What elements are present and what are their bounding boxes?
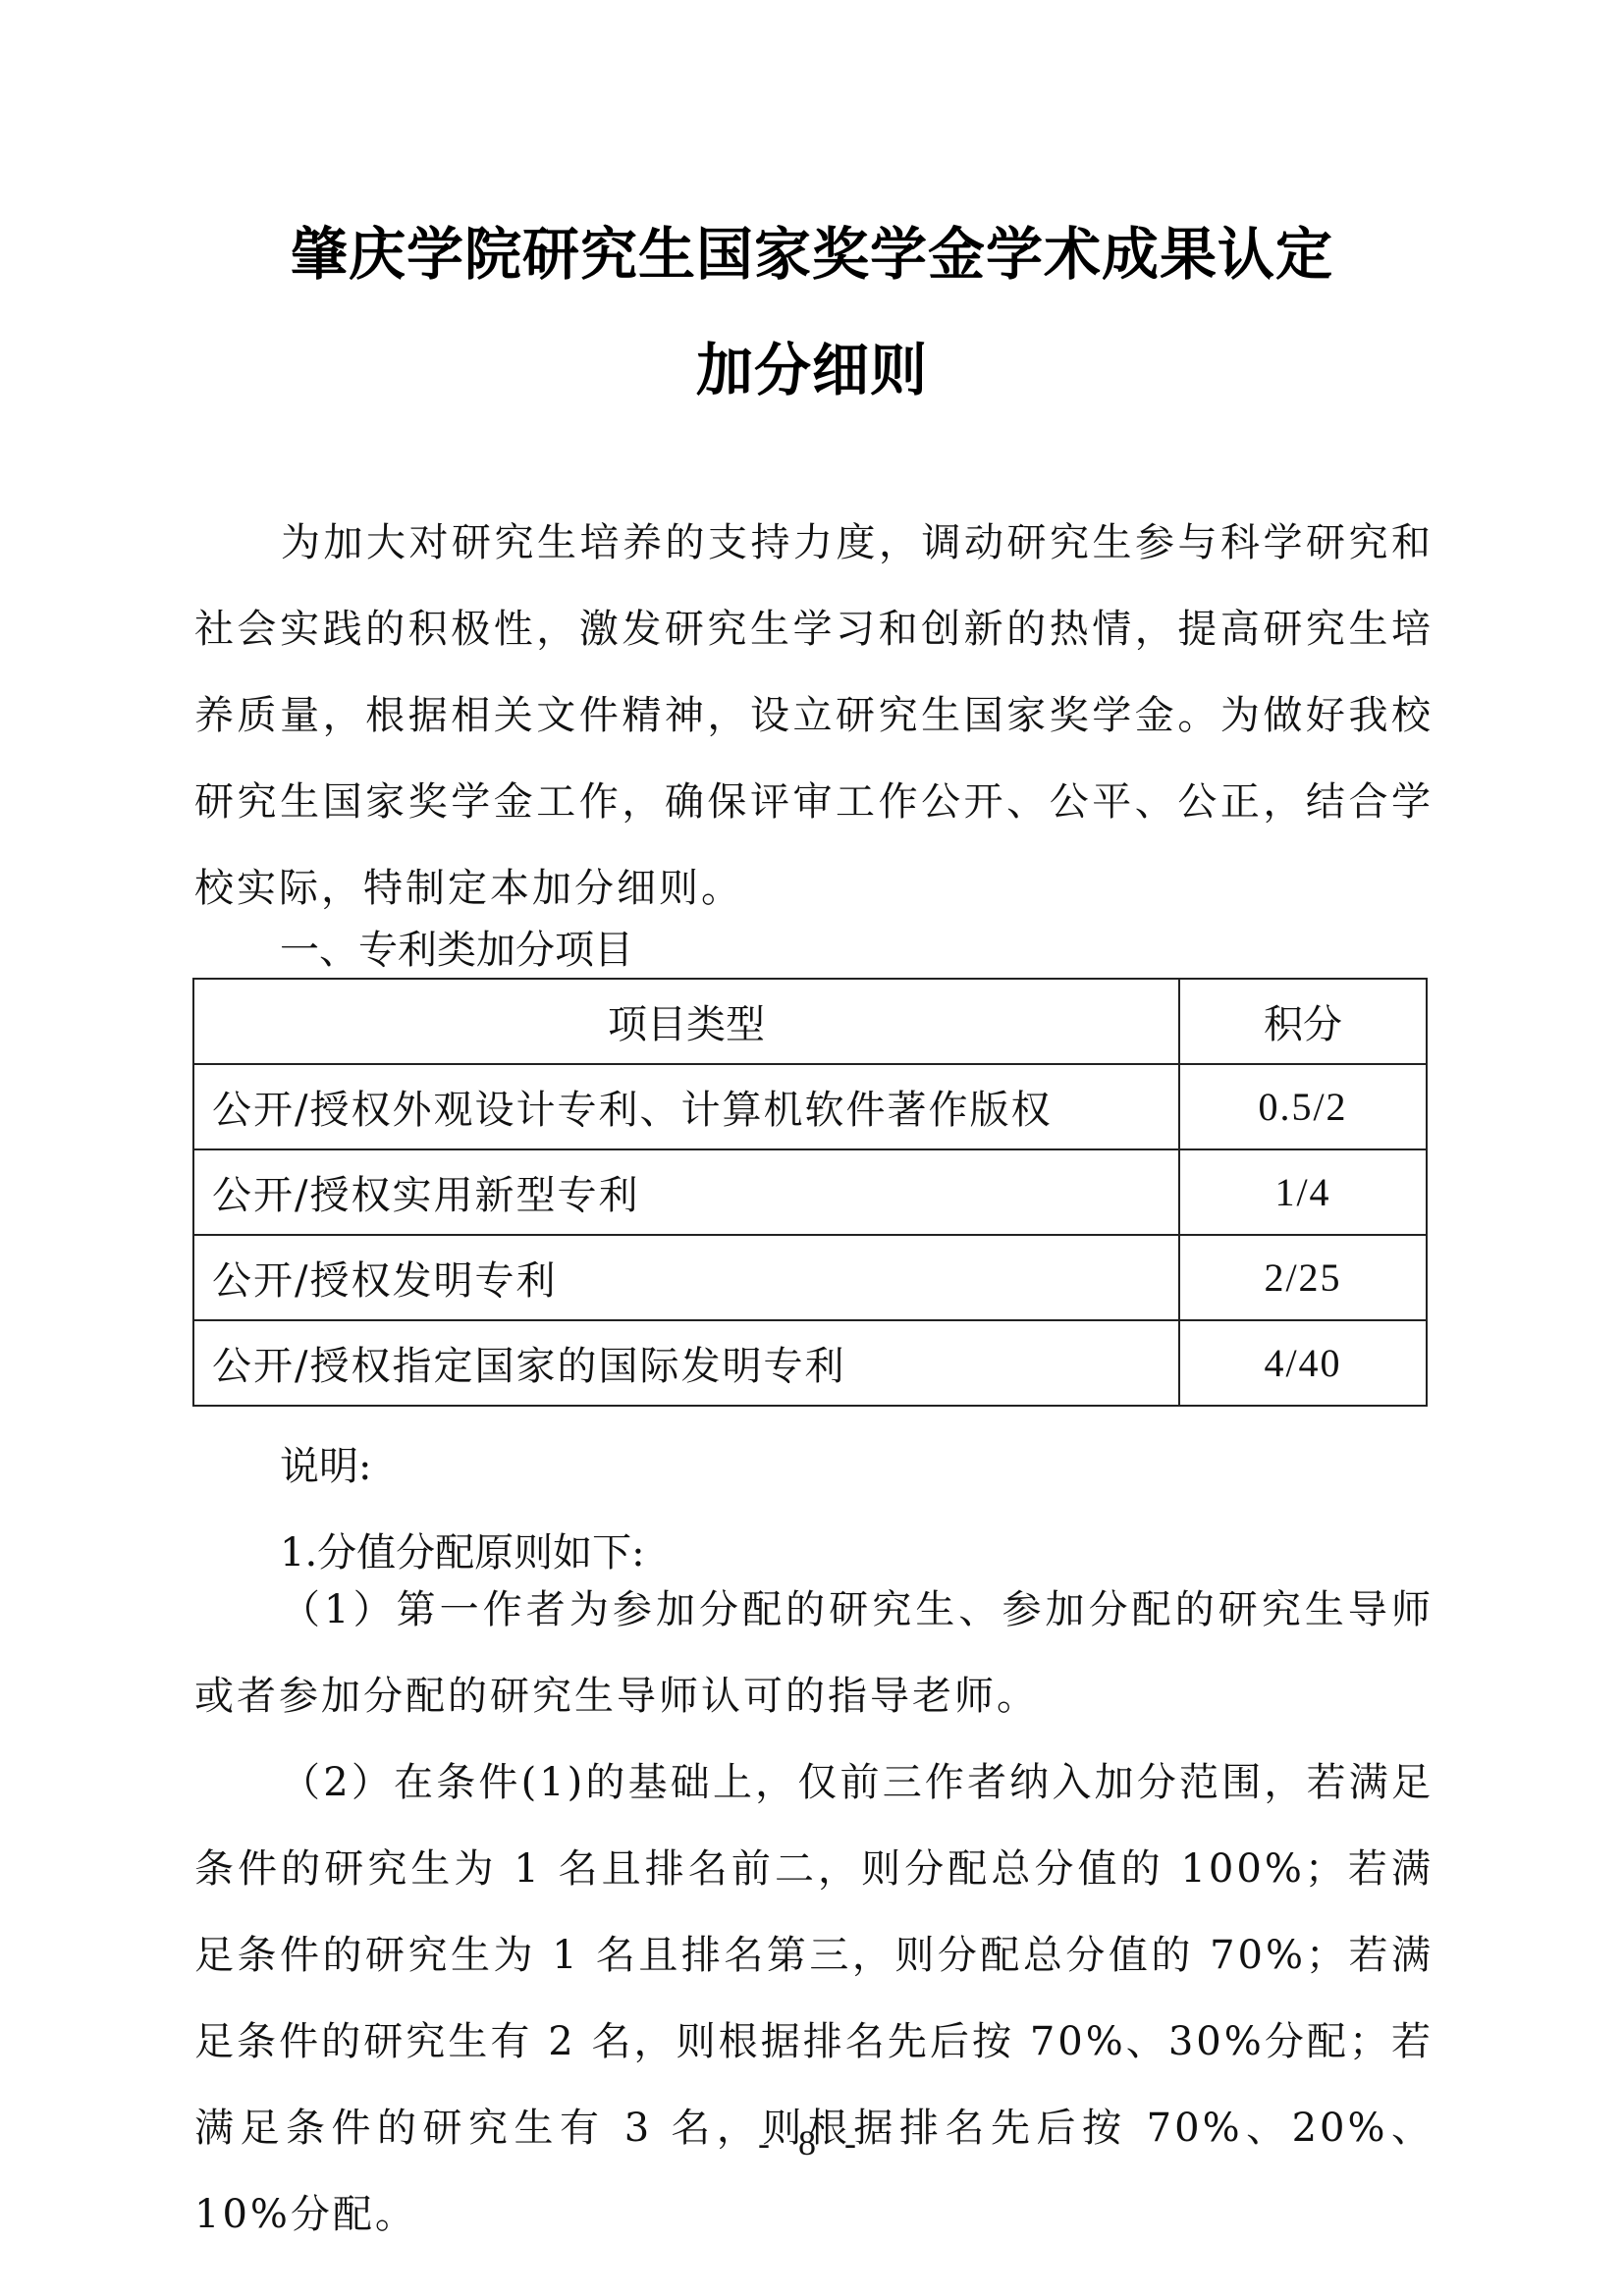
cell-project-type: 公开/授权发明专利 — [193, 1235, 1179, 1320]
section-heading-patents: 一、专利类加分项目 — [280, 919, 633, 975]
patent-score-table: 项目类型 积分 公开/授权外观设计专利、计算机软件著作版权 0.5/2 公开/授… — [192, 978, 1428, 1407]
cell-points: 2/25 — [1179, 1235, 1427, 1320]
table-row: 公开/授权外观设计专利、计算机软件著作版权 0.5/2 — [193, 1064, 1427, 1149]
cell-project-type: 公开/授权外观设计专利、计算机软件著作版权 — [193, 1064, 1179, 1149]
cell-points: 1/4 — [1179, 1149, 1427, 1235]
header-points: 积分 — [1179, 979, 1427, 1064]
intro-paragraph: 为加大对研究生培养的支持力度，调动研究生参与科学研究和社会实践的积极性，激发研究… — [194, 500, 1434, 932]
table-row: 公开/授权发明专利 2/25 — [193, 1235, 1427, 1320]
page-number: - 8 - — [0, 2122, 1624, 2163]
header-project-type: 项目类型 — [193, 979, 1179, 1064]
document-title-line-2: 加分细则 — [0, 324, 1624, 406]
cell-points: 0.5/2 — [1179, 1064, 1427, 1149]
cell-project-type: 公开/授权实用新型专利 — [193, 1149, 1179, 1235]
cell-project-type: 公开/授权指定国家的国际发明专利 — [193, 1320, 1179, 1406]
cell-points: 4/40 — [1179, 1320, 1427, 1406]
rule-1-item-1: （1）第一作者为参加分配的研究生、参加分配的研究生导师或者参加分配的研究生导师认… — [194, 1567, 1434, 1739]
document-title-line-1: 肇庆学院研究生国家奖学金学术成果认定 — [0, 208, 1624, 291]
table-header-row: 项目类型 积分 — [193, 979, 1427, 1064]
rule-1-item-2: （2）在条件(1)的基础上，仅前三作者纳入加分范围，若满足条件的研究生为 1 名… — [194, 1739, 1434, 2258]
note-label: 说明: — [280, 1435, 371, 1491]
table-row: 公开/授权实用新型专利 1/4 — [193, 1149, 1427, 1235]
table-row: 公开/授权指定国家的国际发明专利 4/40 — [193, 1320, 1427, 1406]
